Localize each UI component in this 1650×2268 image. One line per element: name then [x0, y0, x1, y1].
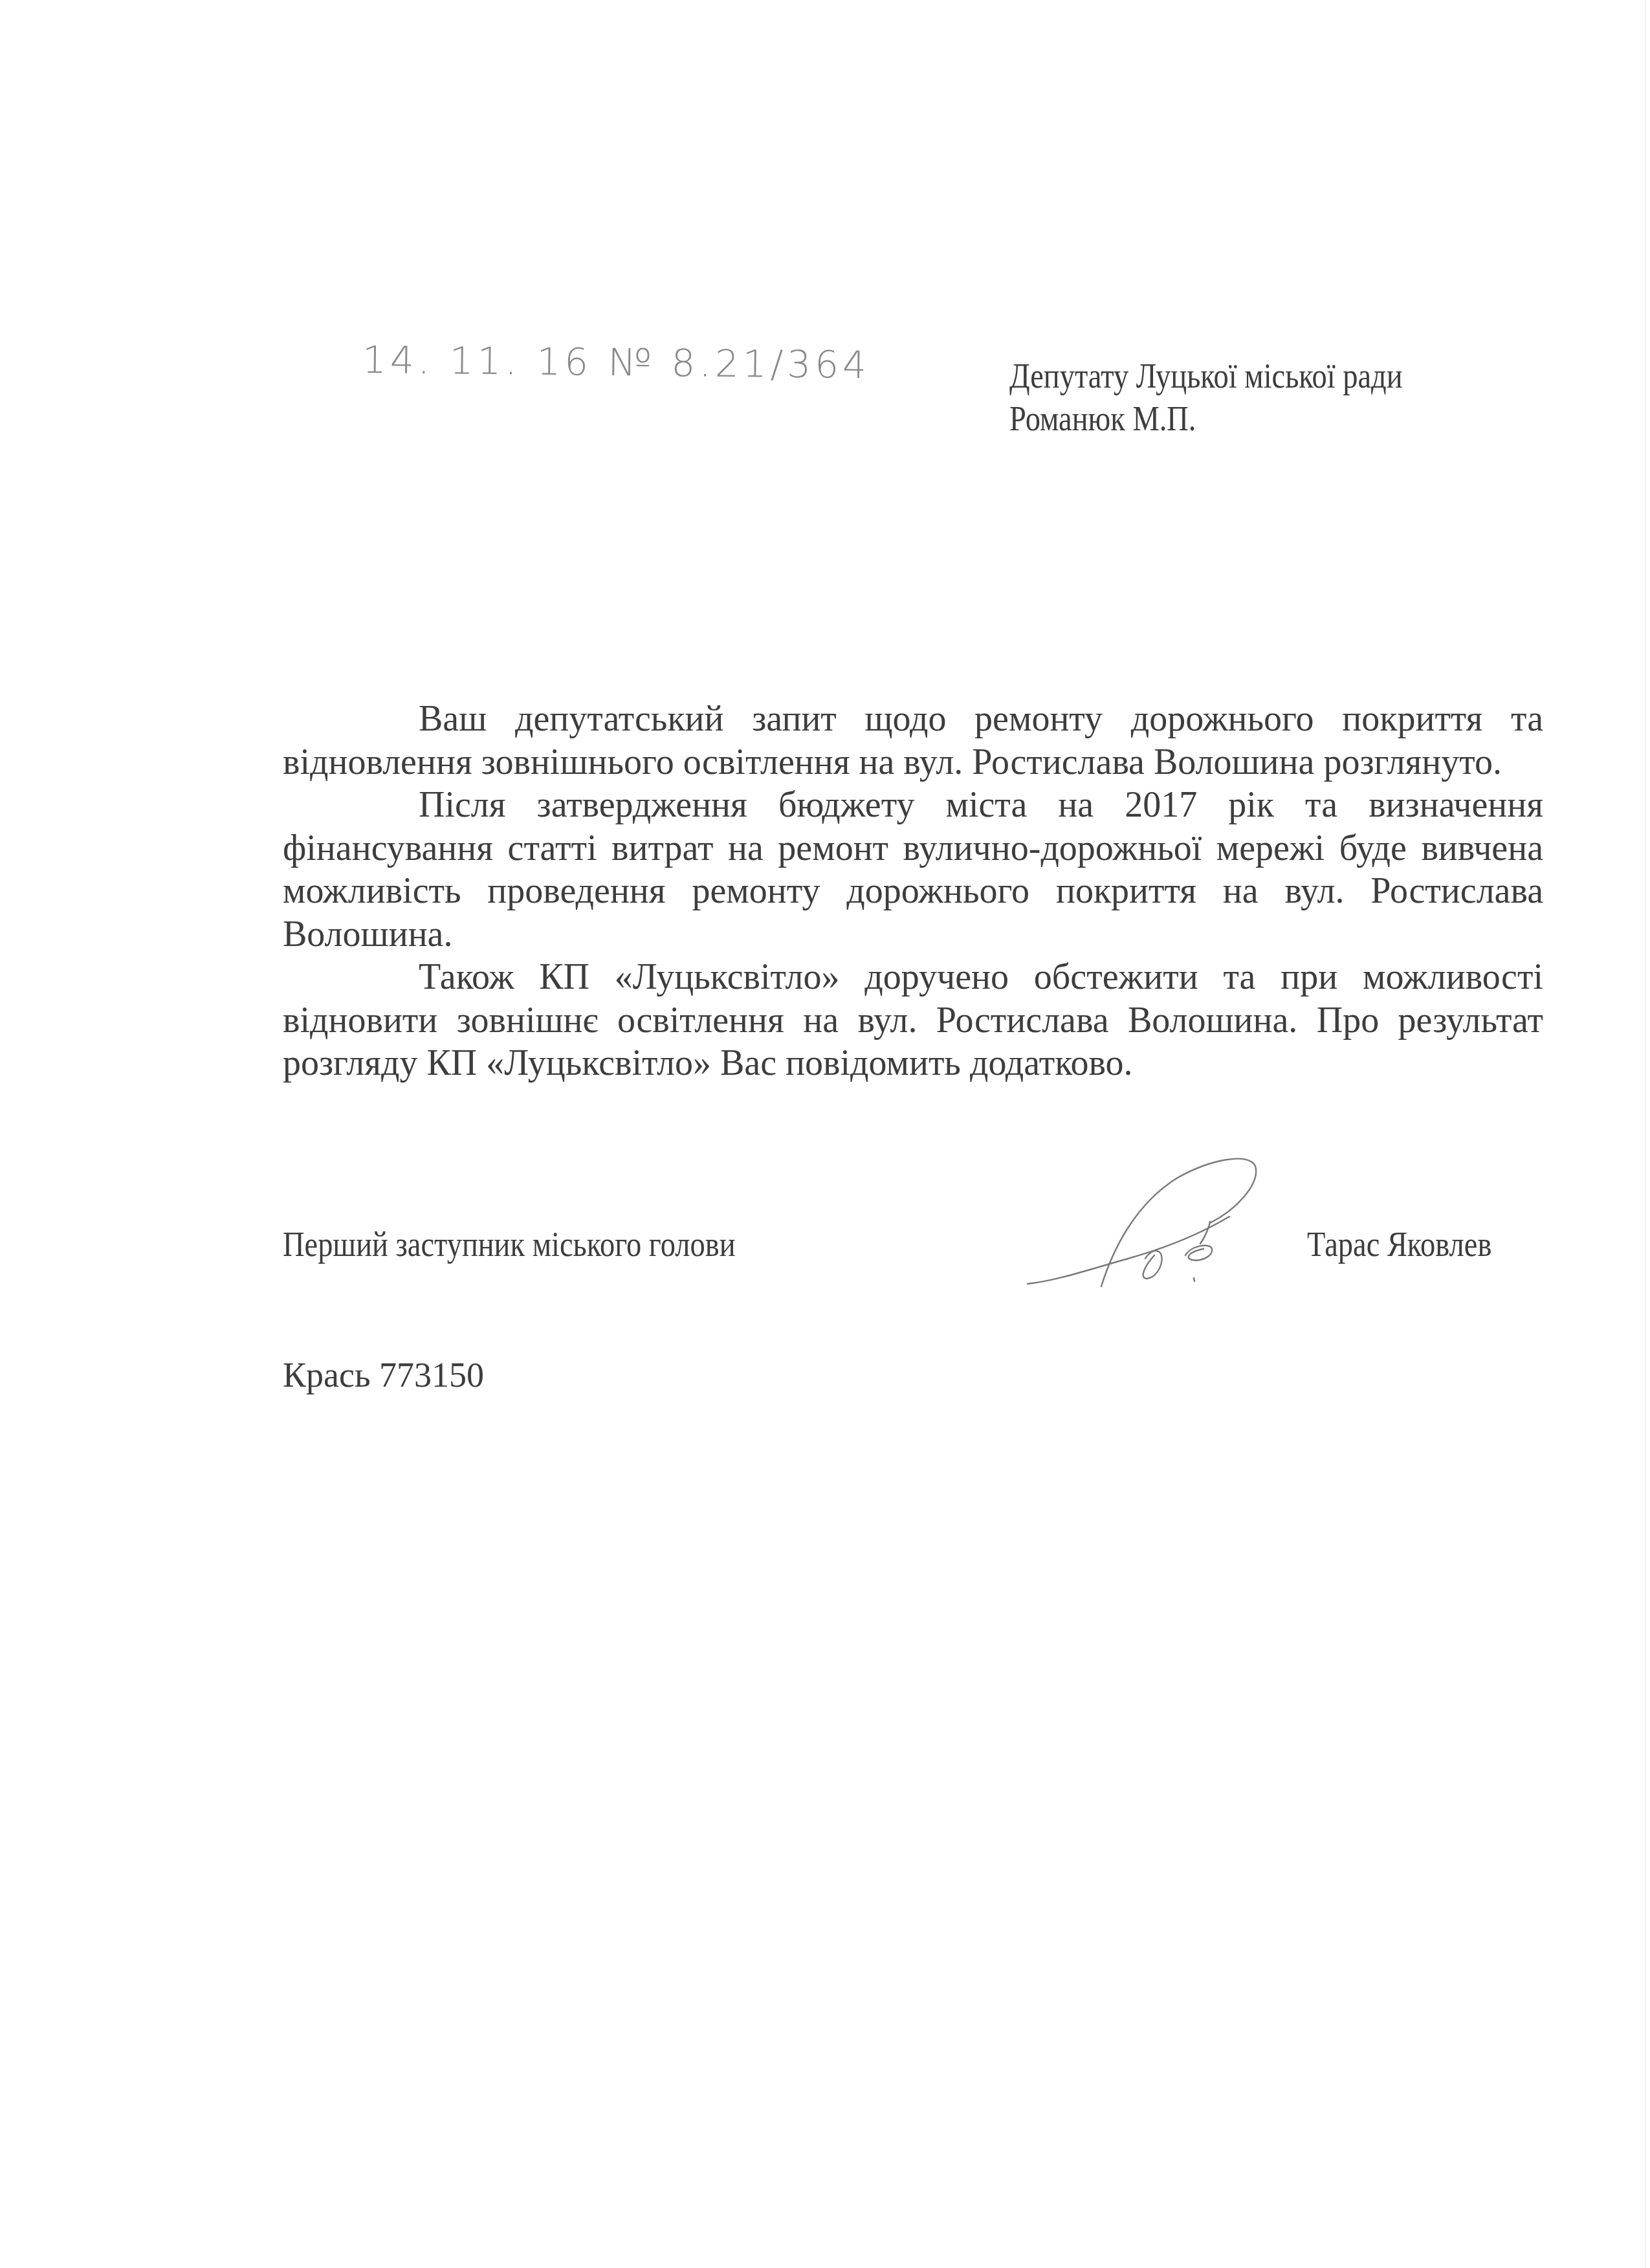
letter-page: 14. 11. 16 № 8.21/364 Депутату Луцької м… — [0, 0, 1650, 2268]
signatory-name: Тарас Яковлев — [1307, 1223, 1491, 1266]
addressee-name: Романюк М.П. — [1009, 397, 1403, 440]
addressee-block: Депутату Луцької міської ради Романюк М.… — [1009, 355, 1403, 440]
paragraph-lighting-restoration: Також КП «Луцьксвітло» доручено обстежит… — [283, 956, 1543, 1085]
addressee-position: Депутату Луцької міської ради — [1009, 355, 1403, 397]
letter-body: Ваш депутатський запит щодо ремонту доро… — [283, 698, 1543, 1085]
executor-contact: Крась 773150 — [283, 1354, 484, 1396]
paragraph-budget-repair: Після затвердження бюджету міста на 2017… — [283, 784, 1543, 956]
signature-row: Перший заступник міського голови Тарас Я… — [283, 1223, 1543, 1275]
signatory-title: Перший заступник міського голови — [283, 1223, 736, 1266]
handwritten-reference-number: 14. 11. 16 № 8.21/364 — [362, 338, 871, 387]
paragraph-request-reviewed: Ваш депутатський запит щодо ремонту доро… — [283, 698, 1543, 784]
scan-edge-line — [1645, 0, 1646, 2268]
